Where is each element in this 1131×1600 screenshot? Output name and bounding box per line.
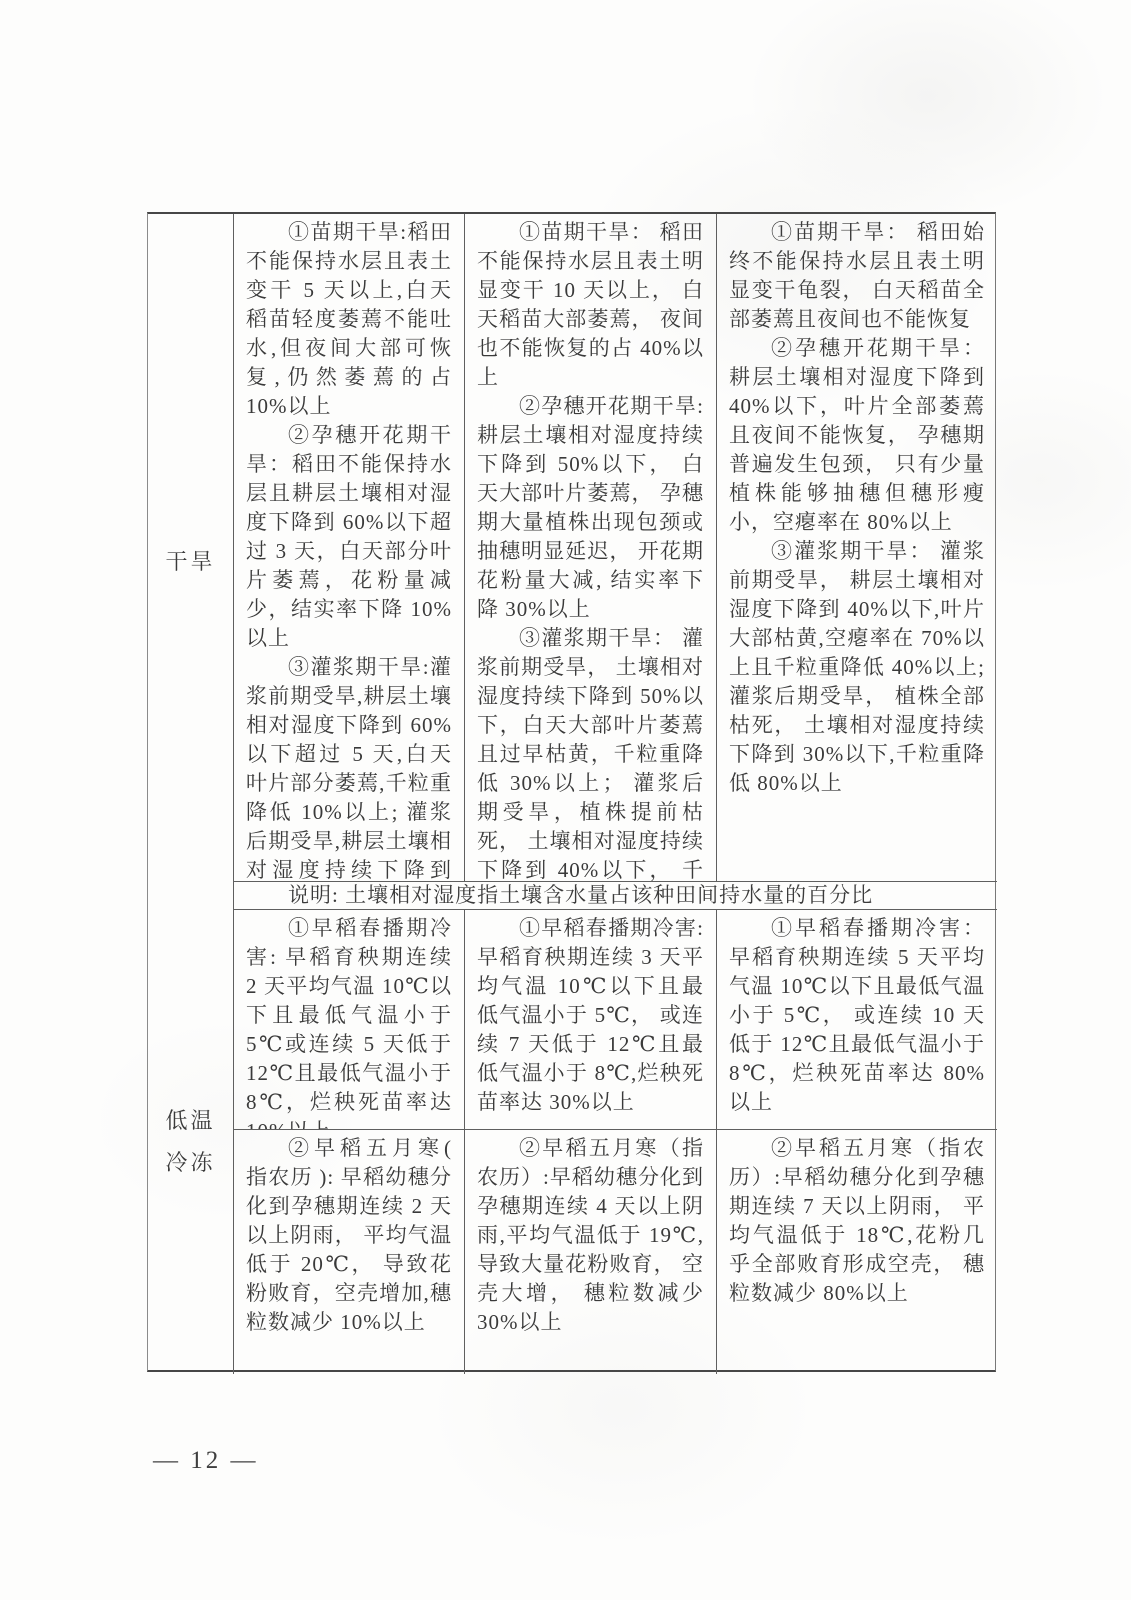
cold-spring-level1-text: ①早稻春播期冷害: 早稻育秧期连续 2 天平均气温 10℃以下且最低气温小于 5… (246, 914, 452, 1130)
cold-spring-level1-cell: ①早稻春播期冷害: 早稻育秧期连续 2 天平均气温 10℃以下且最低气温小于 5… (234, 910, 465, 1130)
cold-may-level1-cell: ②早稻五月寒( 指农历 ): 早稻幼穗分化到孕穗期连续 2 天以上阴雨， 平均气… (234, 1130, 465, 1374)
page-number: — 12 — (153, 1447, 259, 1475)
document-page: 干旱 ①苗期干旱:稻田不能保持水层且表土变干 5 天以上,白天稻苗轻度萎蔫不能吐… (0, 0, 1131, 1600)
drought-level3-filling: ③灌浆期干旱： 灌浆前期受旱， 耕层土壤相对湿度下降到 40%以下,叶片大部枯黄… (729, 537, 985, 798)
drought-level1-booting: ②孕穗开花期干旱：稻田不能保持水层且耕层土壤相对湿度下降到 60%以下超过 3 … (246, 421, 452, 653)
drought-level1-cell: ①苗期干旱:稻田不能保持水层且表土变干 5 天以上,白天稻苗轻度萎蔫不能吐水,但… (234, 214, 465, 882)
drought-level2-filling: ③灌浆期干旱： 灌浆前期受旱， 土壤相对湿度持续下降到 50%以下，白天大部叶片… (477, 624, 704, 882)
row-label-drought-text: 干旱 (165, 541, 215, 583)
row-label-drought: 干旱 (148, 214, 234, 910)
cold-spring-level2-cell: ①早稻春播期冷害: 早稻育秧期连续 3 天平均气温 10℃以下且最低气温小于 5… (465, 910, 717, 1130)
cold-may-level2-text: ②早稻五月寒（指农历）:早稻幼穗分化到孕穗期连续 4 天以上阴雨,平均气温低于 … (477, 1134, 704, 1337)
cold-spring-level3-cell: ①早稻春播期冷害： 早稻育秧期连续 5 天平均气温 10℃以下且最低气温小于 5… (717, 910, 997, 1130)
drought-level2-booting: ②孕穗开花期干旱: 耕层土壤相对湿度持续下降到 50%以下， 白天大部叶片萎蔫，… (477, 392, 704, 624)
cold-spring-level2-text: ①早稻春播期冷害: 早稻育秧期连续 3 天平均气温 10℃以下且最低气温小于 5… (477, 914, 704, 1117)
drought-level2-seedling: ①苗期干旱： 稻田不能保持水层且表土明显变干 10 天以上， 白天稻苗大部萎蔫，… (477, 218, 704, 392)
cold-spring-level3-text: ①早稻春播期冷害： 早稻育秧期连续 5 天平均气温 10℃以下且最低气温小于 5… (729, 914, 985, 1117)
row-label-cold-freeze-text: 低温冷冻 (162, 1100, 219, 1184)
drought-level1-filling: ③灌浆期干旱:灌浆前期受旱,耕层土壤相对湿度下降到 60%以下超过 5 天,白天… (246, 653, 452, 882)
drought-level3-cell: ①苗期干旱： 稻田始终不能保持水层且表土明显变干龟裂， 白天稻苗全部萎蔫且夜间也… (717, 214, 997, 882)
drought-note-row: 说明: 土壤相对湿度指土壤含水量占该种田间持水量的百分比 (234, 882, 997, 910)
cold-may-level2-cell: ②早稻五月寒（指农历）:早稻幼穗分化到孕穗期连续 4 天以上阴雨,平均气温低于 … (465, 1130, 717, 1374)
cold-may-level1-text: ②早稻五月寒( 指农历 ): 早稻幼穗分化到孕穗期连续 2 天以上阴雨， 平均气… (246, 1134, 452, 1337)
drought-note-text: 说明: 土壤相对湿度指土壤含水量占该种田间持水量的百分比 (246, 882, 985, 909)
cold-may-level3-text: ②早稻五月寒（指农历）:早稻幼穗分化到孕穗期连续 7 天以上阴雨， 平均气温低于… (729, 1134, 985, 1308)
drought-level3-booting: ②孕穗开花期干旱： 耕层土壤相对湿度下降到 40%以下，叶片全部萎蔫且夜间不能恢… (729, 334, 985, 537)
drought-level2-cell: ①苗期干旱： 稻田不能保持水层且表土明显变干 10 天以上， 白天稻苗大部萎蔫，… (465, 214, 717, 882)
cold-may-level3-cell: ②早稻五月寒（指农历）:早稻幼穗分化到孕穗期连续 7 天以上阴雨， 平均气温低于… (717, 1130, 997, 1374)
disaster-grade-table: 干旱 ①苗期干旱:稻田不能保持水层且表土变干 5 天以上,白天稻苗轻度萎蔫不能吐… (147, 212, 996, 1372)
row-label-cold-freeze: 低温冷冻 (148, 910, 234, 1374)
drought-level3-seedling: ①苗期干旱： 稻田始终不能保持水层且表土明显变干龟裂， 白天稻苗全部萎蔫且夜间也… (729, 218, 985, 334)
drought-level1-seedling: ①苗期干旱:稻田不能保持水层且表土变干 5 天以上,白天稻苗轻度萎蔫不能吐水,但… (246, 218, 452, 421)
